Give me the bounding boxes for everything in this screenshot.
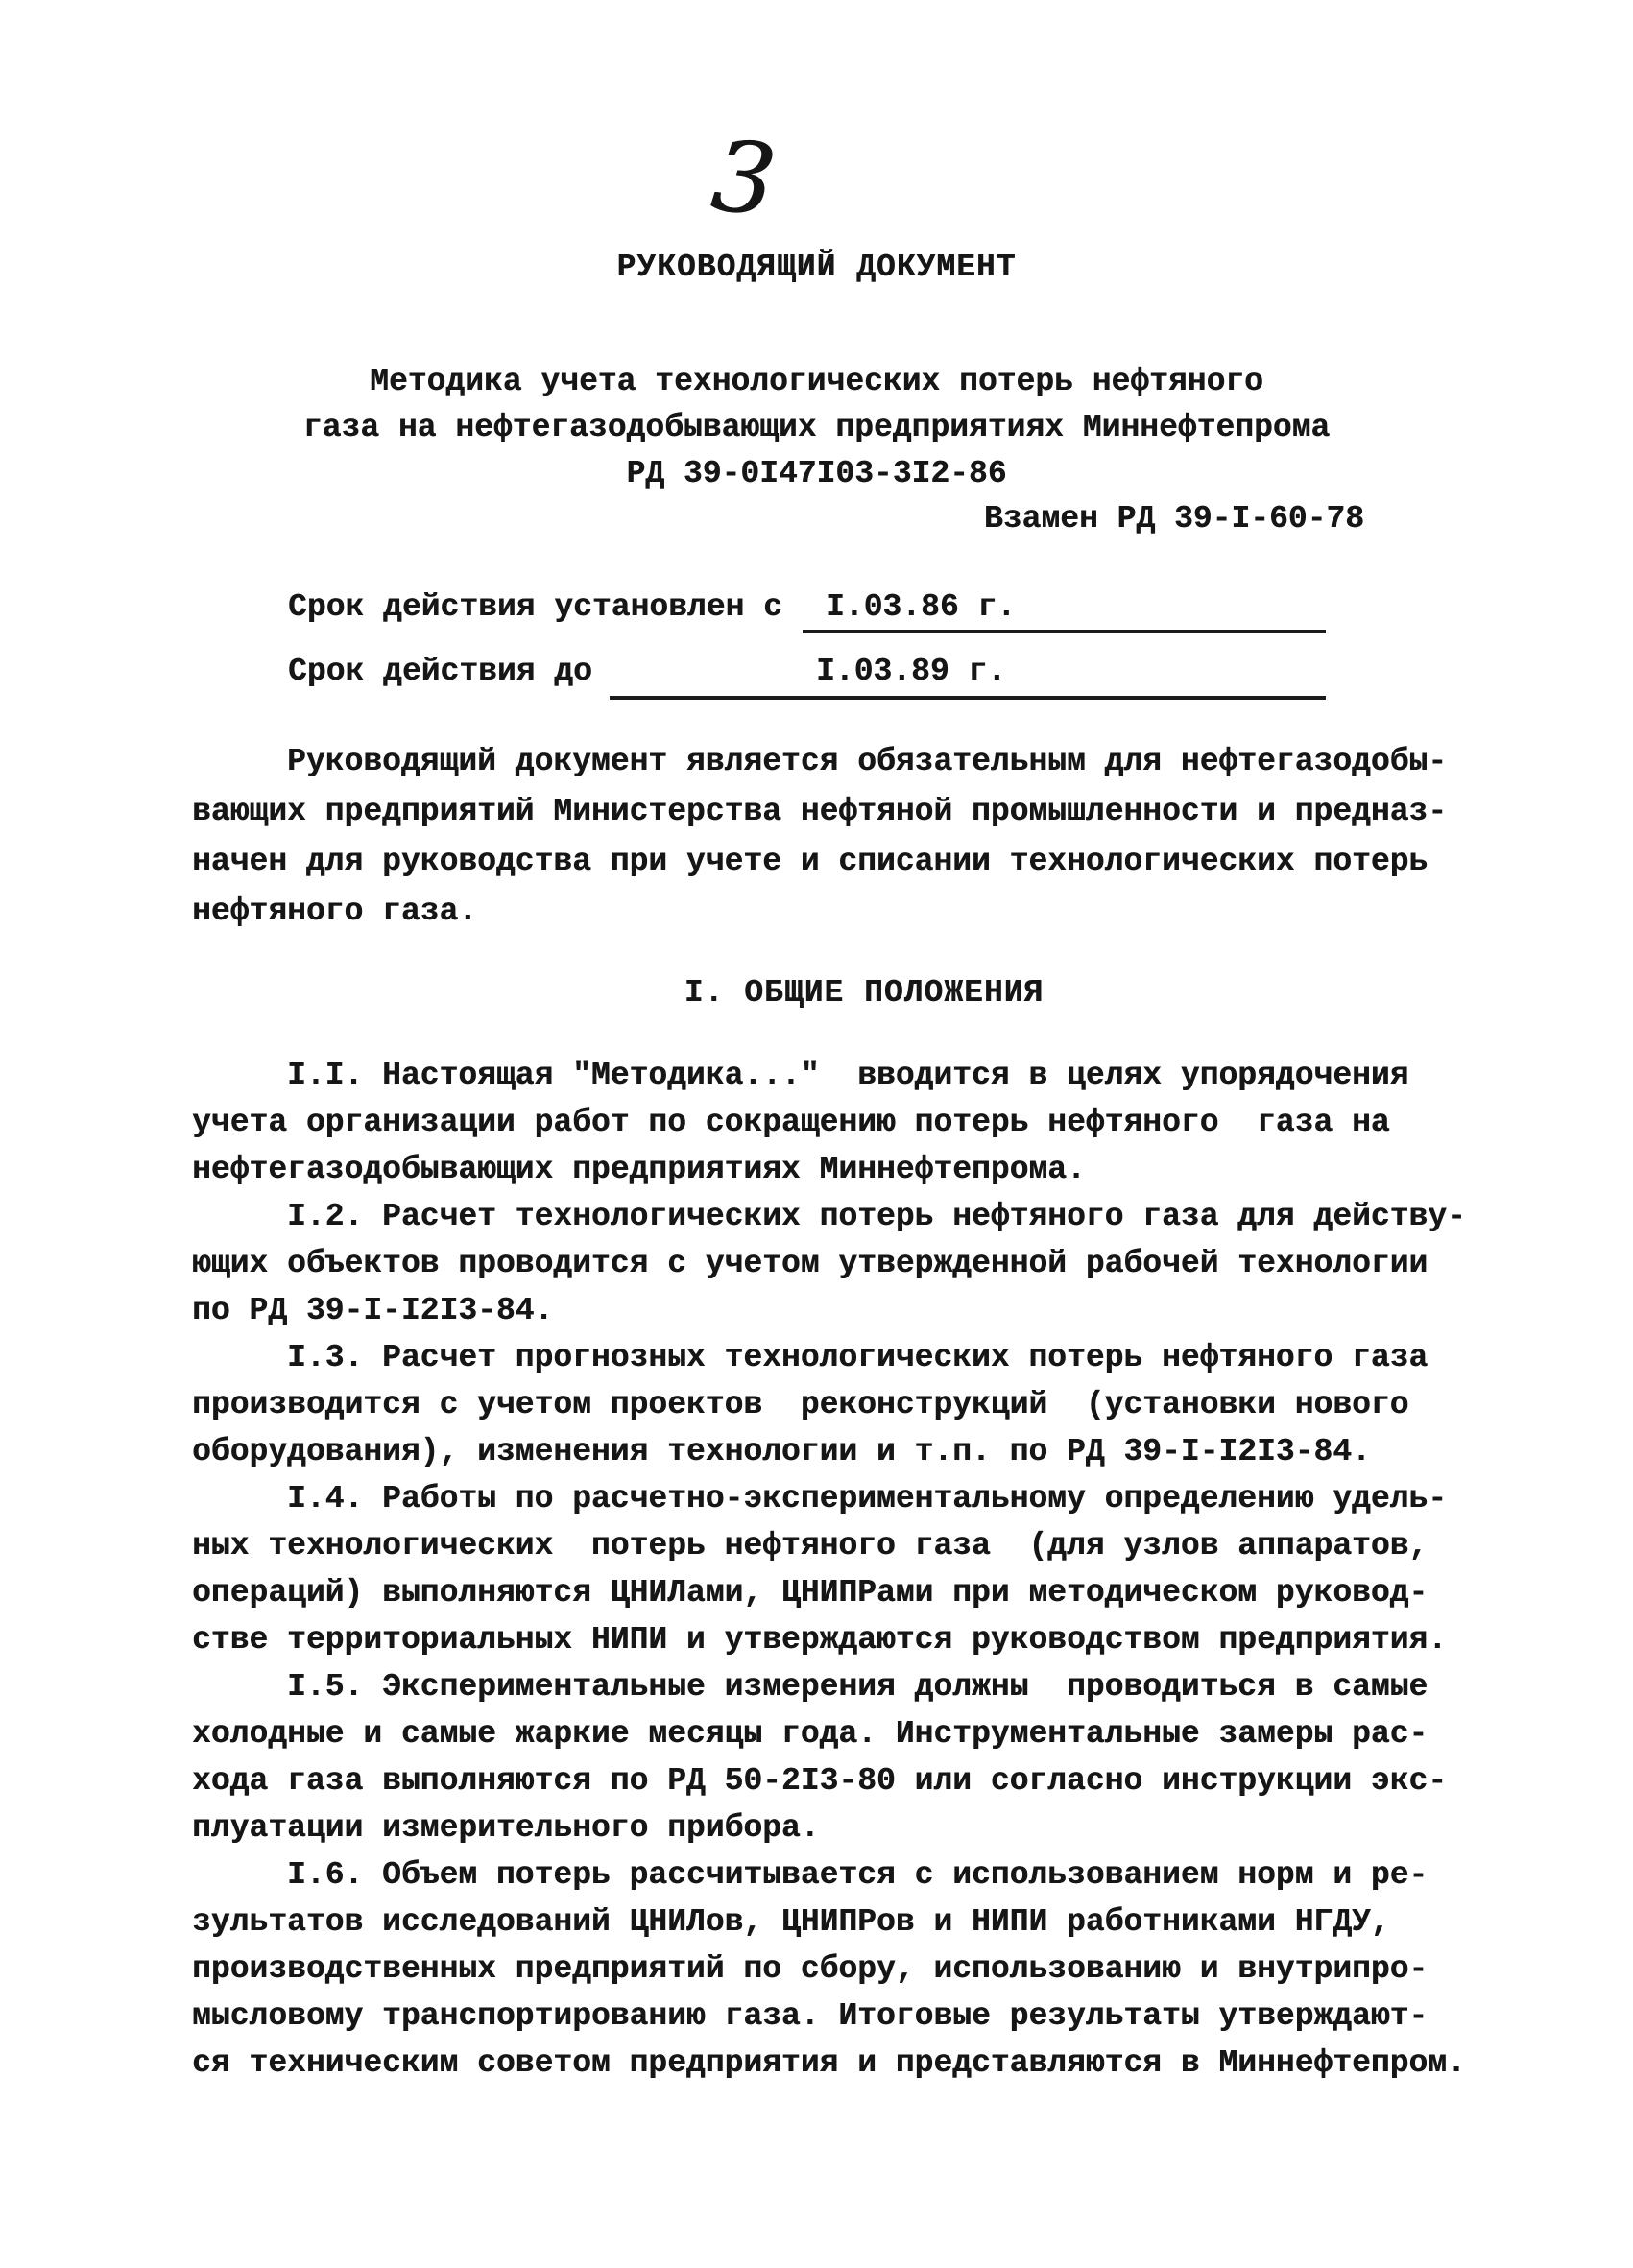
text-line: хода газа выполняются по РД 50-2I3-80 ил… bbox=[192, 1757, 1536, 1804]
section-body: I.I. Настоящая "Методика..." вводится в … bbox=[192, 1052, 1536, 2087]
section-heading: I. ОБЩИЕ ПОЛОЖЕНИЯ bbox=[96, 975, 1632, 1011]
replaces-note: Взамен РД 39-I-60-78 bbox=[984, 501, 1364, 537]
document-page: 3 РУКОВОДЯЩИЙ ДОКУМЕНТ Методика учета те… bbox=[0, 0, 1633, 2268]
text-line: плуатации измерительного прибора. bbox=[192, 1804, 1536, 1851]
text-line: Методика учета технологических потерь не… bbox=[0, 359, 1633, 405]
text-line: ных технологических потерь нефтяного газ… bbox=[192, 1522, 1536, 1569]
text-line: РД 39-0I47I03-3I2-86 bbox=[0, 451, 1633, 497]
text-line: ся техническим советом предприятия и пре… bbox=[192, 2040, 1536, 2087]
validity-from-row: Срок действия установлен с I.03.86 г. bbox=[288, 589, 1344, 637]
text-line: учета организации работ по сокращению по… bbox=[192, 1099, 1536, 1146]
intro-paragraph: Руководящий документ является обязательн… bbox=[192, 737, 1536, 937]
text-line: производится с учетом проектов реконстру… bbox=[192, 1381, 1536, 1428]
fill-in-line bbox=[610, 696, 1326, 700]
document-title: Методика учета технологических потерь не… bbox=[0, 359, 1633, 497]
text-line: газа на нефтегазодобывающих предприятиях… bbox=[0, 405, 1633, 451]
text-line: Руководящий документ является обязательн… bbox=[192, 737, 1536, 787]
text-line: нефтегазодобывающих предприятиях Миннефт… bbox=[192, 1146, 1536, 1193]
text-line: зультатов исследований ЦНИЛов, ЦНИПРов и… bbox=[192, 1898, 1536, 1946]
text-line: ющих объектов проводится с учетом утверж… bbox=[192, 1240, 1536, 1287]
doc-type-heading: РУКОВОДЯЩИЙ ДОКУМЕНТ bbox=[0, 250, 1633, 285]
text-line: стве территориальных НИПИ и утверждаются… bbox=[192, 1616, 1536, 1663]
text-line: производственных предприятий по сбору, и… bbox=[192, 1946, 1536, 1993]
text-line: оборудования), изменения технологии и т.… bbox=[192, 1428, 1536, 1475]
text-line: I.4. Работы по расчетно-экспериментально… bbox=[192, 1475, 1536, 1522]
text-line: холодные и самые жаркие месяцы года. Инс… bbox=[192, 1710, 1536, 1757]
validity-to-label: Срок действия до bbox=[288, 654, 592, 689]
text-line: I.I. Настоящая "Методика..." вводится в … bbox=[192, 1052, 1536, 1099]
text-line: по РД 39-I-I2I3-84. bbox=[192, 1287, 1536, 1334]
validity-to-row: Срок действия до I.03.89 г. bbox=[288, 654, 1344, 702]
text-line: нефтяного газа. bbox=[192, 887, 1536, 937]
text-line: начен для руководства при учете и списан… bbox=[192, 837, 1536, 887]
validity-to-value: I.03.89 г. bbox=[816, 654, 1006, 689]
text-line: I.5. Экспериментальные измерения должны … bbox=[192, 1663, 1536, 1710]
text-line: I.6. Объем потерь рассчитывается с испол… bbox=[192, 1851, 1536, 1898]
text-line: вающих предприятий Министерства нефтяной… bbox=[192, 787, 1536, 837]
validity-from-label: Срок действия установлен с bbox=[288, 589, 782, 625]
fill-in-line bbox=[803, 630, 1326, 633]
text-line: мысловому транспортированию газа. Итогов… bbox=[192, 1993, 1536, 2040]
text-line: I.2. Расчет технологических потерь нефтя… bbox=[192, 1193, 1536, 1240]
handwritten-page-number: 3 bbox=[708, 128, 780, 231]
text-line: I.3. Расчет прогнозных технологических п… bbox=[192, 1334, 1536, 1381]
text-line: операций) выполняются ЦНИЛами, ЦНИПРами … bbox=[192, 1569, 1536, 1616]
validity-from-value: I.03.86 г. bbox=[826, 589, 1016, 625]
